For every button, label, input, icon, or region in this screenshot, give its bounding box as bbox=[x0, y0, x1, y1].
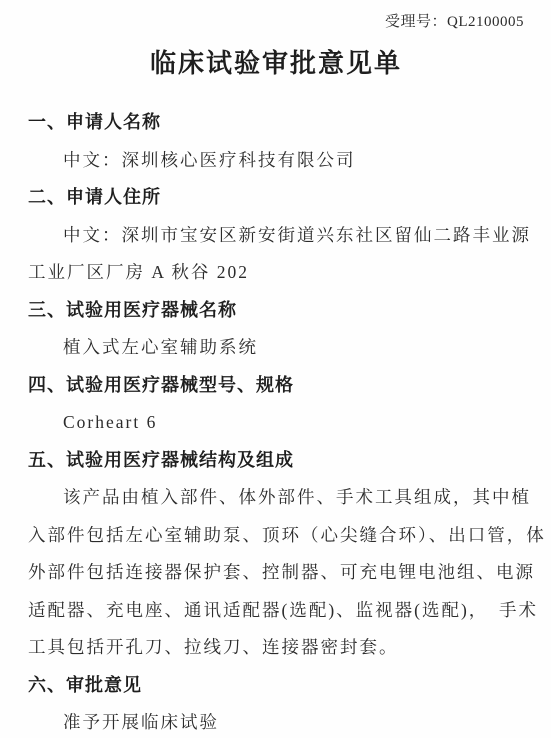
acceptance-number-line: 受理号：QL2100005 bbox=[28, 12, 524, 32]
section-device-model: 四、试验用医疗器械型号、规格 Corheart 6 bbox=[28, 367, 524, 442]
acceptance-label: 受理号： bbox=[385, 14, 447, 30]
section-applicant-address: 二、申请人住所 中文：深圳市宝安区新安街道兴东社区留仙二路丰业源 工业厂区厂房 … bbox=[28, 179, 524, 292]
approval-opinion-value: 准予开展临床试验 bbox=[28, 704, 524, 738]
device-name-value: 植入式左心室辅助系统 bbox=[28, 329, 524, 367]
section-device-structure: 五、试验用医疗器械结构及组成 该产品由植入部件、体外部件、手术工具组成，其中植 … bbox=[28, 442, 524, 667]
device-structure-line-4: 适配器、充电座、通讯适配器(选配)、监视器(选配)， 手术 bbox=[28, 592, 524, 630]
section-device-name: 三、试验用医疗器械名称 植入式左心室辅助系统 bbox=[28, 292, 524, 367]
document-page: 受理号：QL2100005 临床试验审批意见单 一、申请人名称 中文：深圳核心医… bbox=[0, 0, 551, 738]
device-structure-line-5: 工具包括开孔刀、拉线刀、连接器密封套。 bbox=[28, 629, 524, 667]
applicant-address-line-1: 中文：深圳市宝安区新安街道兴东社区留仙二路丰业源 bbox=[28, 217, 524, 255]
section-heading-device-model: 四、试验用医疗器械型号、规格 bbox=[28, 367, 524, 405]
section-heading-applicant-address: 二、申请人住所 bbox=[28, 179, 524, 217]
section-applicant-name: 一、申请人名称 中文：深圳核心医疗科技有限公司 bbox=[28, 104, 524, 179]
section-approval-opinion: 六、审批意见 准予开展临床试验 bbox=[28, 667, 524, 738]
applicant-address-line-2: 工业厂区厂房 A 秋谷 202 bbox=[28, 254, 524, 292]
device-model-value: Corheart 6 bbox=[28, 404, 524, 442]
acceptance-number: QL2100005 bbox=[447, 14, 524, 30]
device-structure-line-3: 外部件包括连接器保护套、控制器、可充电锂电池组、电源 bbox=[28, 554, 524, 592]
device-structure-line-1: 该产品由植入部件、体外部件、手术工具组成，其中植 bbox=[28, 479, 524, 517]
device-structure-line-2: 入部件包括左心室辅助泵、顶环（心尖缝合环）、出口管，体 bbox=[28, 517, 524, 555]
document-title: 临床试验审批意见单 bbox=[28, 46, 524, 80]
section-heading-device-name: 三、试验用医疗器械名称 bbox=[28, 292, 524, 330]
section-heading-applicant-name: 一、申请人名称 bbox=[28, 104, 524, 142]
section-heading-approval-opinion: 六、审批意见 bbox=[28, 667, 524, 705]
applicant-name-chinese: 中文：深圳核心医疗科技有限公司 bbox=[28, 142, 524, 180]
section-heading-device-structure: 五、试验用医疗器械结构及组成 bbox=[28, 442, 524, 480]
